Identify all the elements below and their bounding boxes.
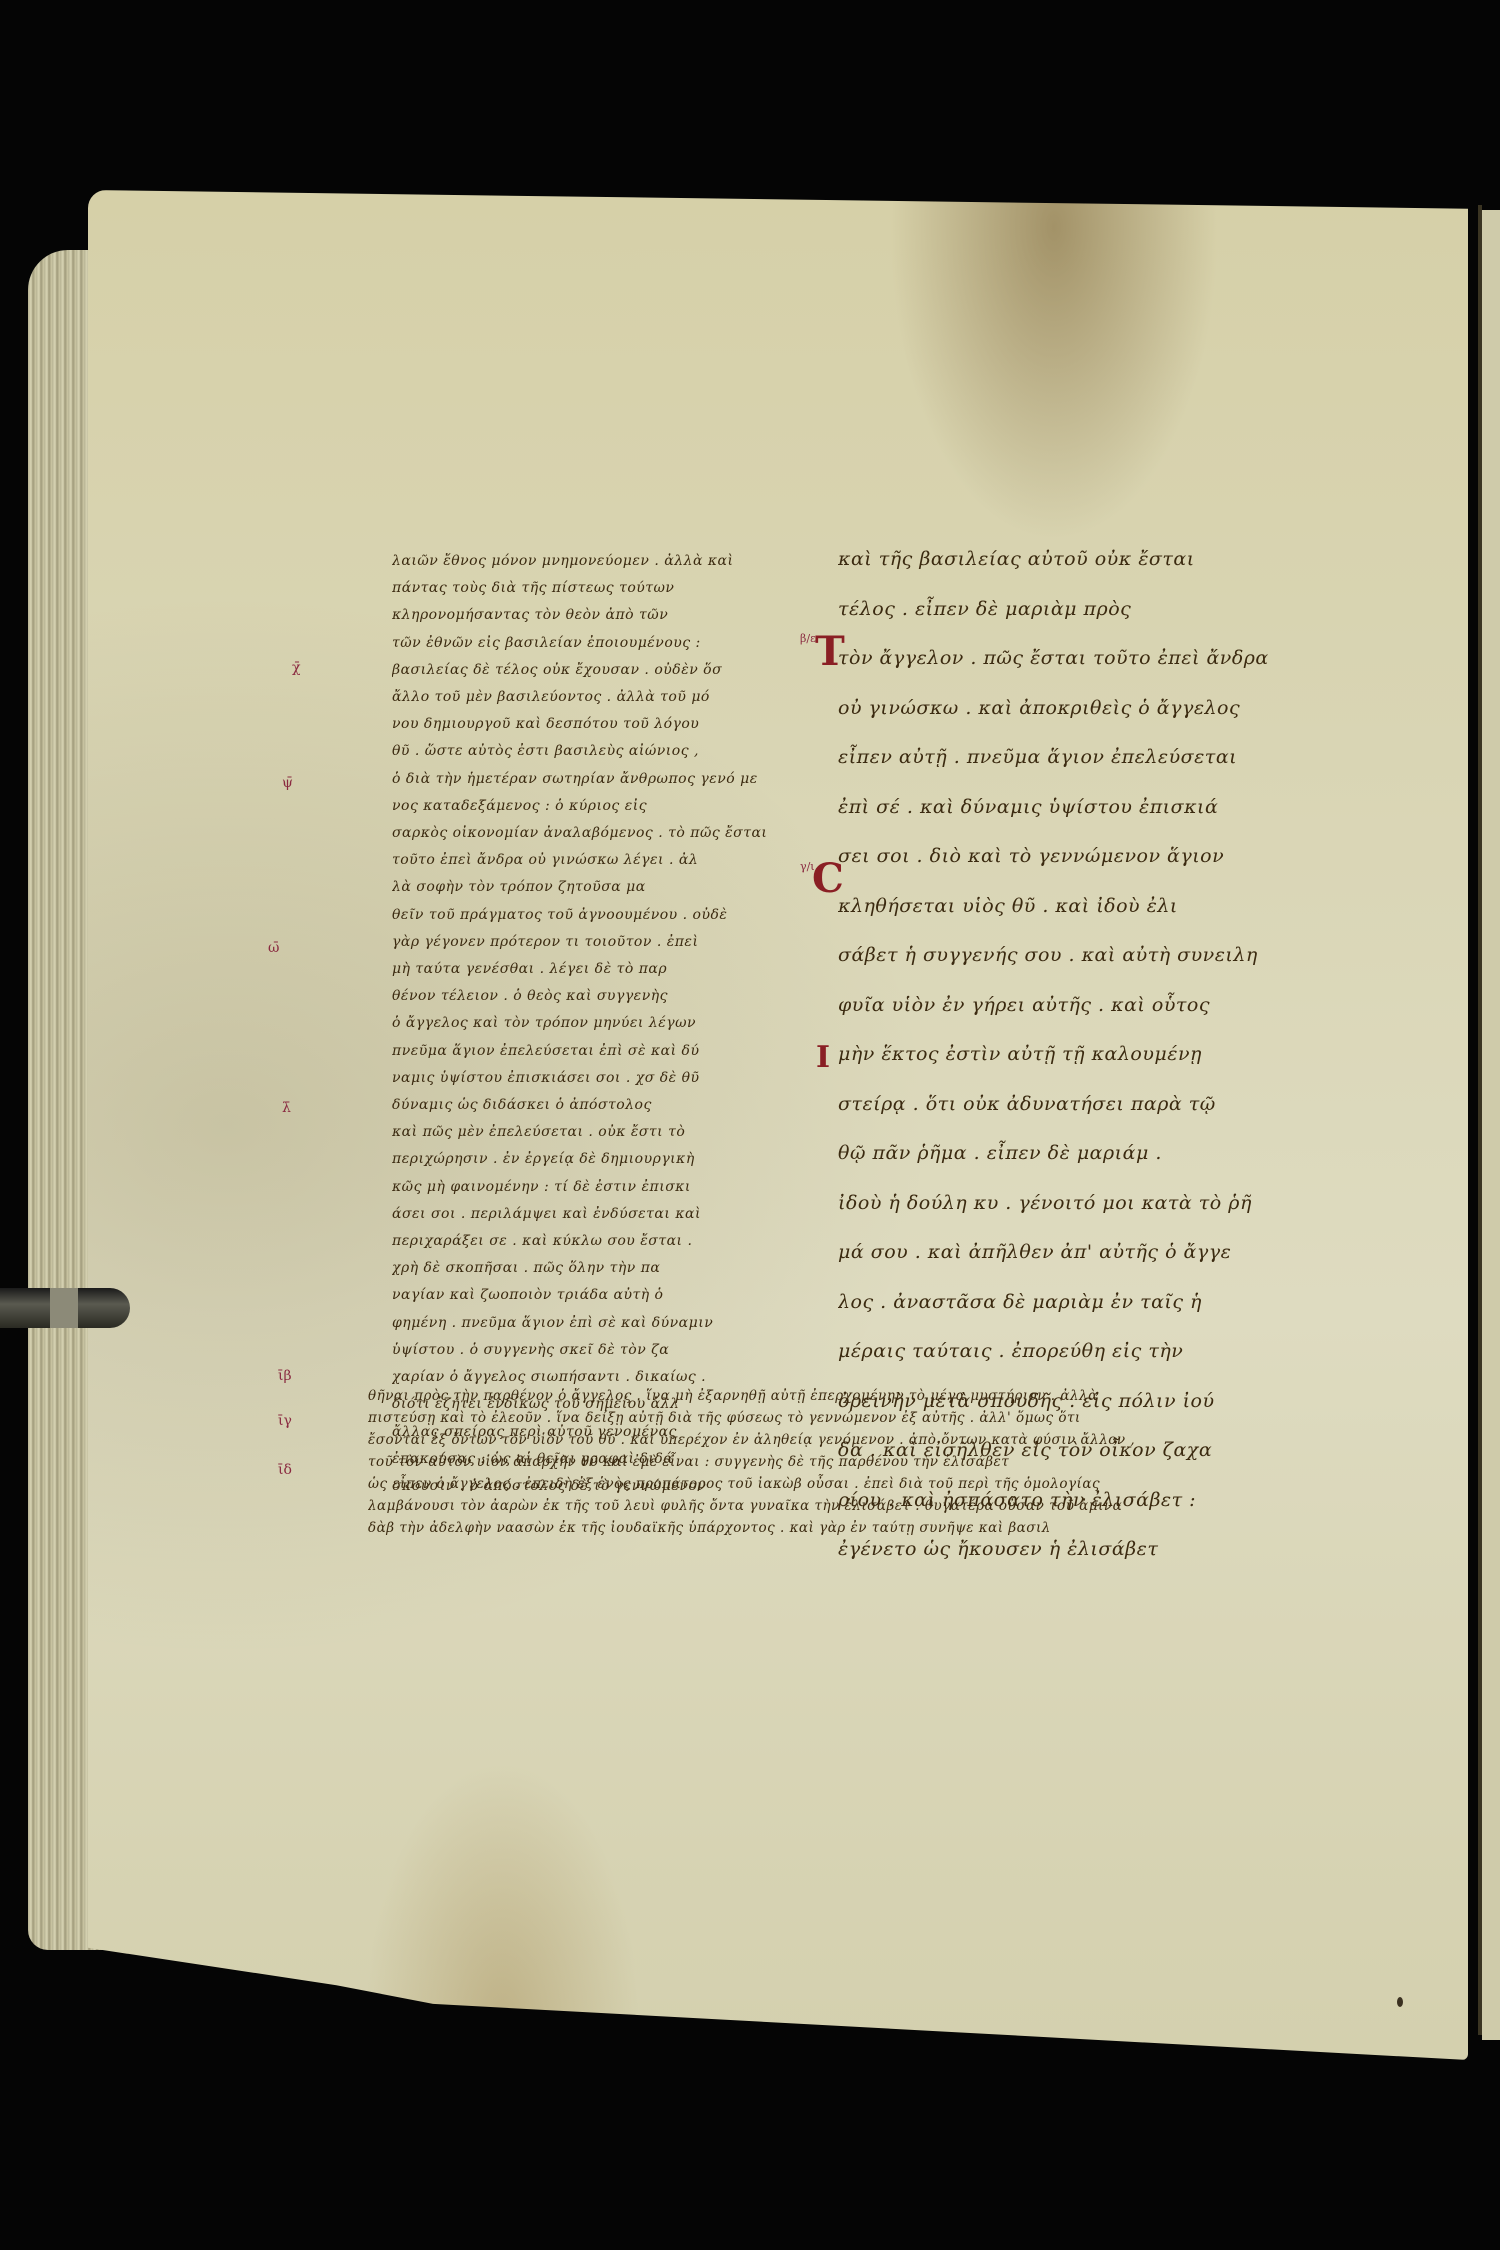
rubricated-initial-sigma: C bbox=[812, 855, 844, 902]
text-line: λὰ σοφὴν τὸν τρόπον ζητοῦσα μα bbox=[392, 874, 792, 901]
text-line: φημένη . πνεῦμα ἅγιον ἐπὶ σὲ καὶ δύναμιν bbox=[392, 1310, 792, 1337]
text-line: δύναμις ὡς διδάσκει ὁ ἀπόστολος bbox=[392, 1092, 792, 1119]
text-line: ναμις ὑψίστου ἐπισκιάσει σοι . χσ δὲ θῦ bbox=[392, 1065, 792, 1092]
text-line: μὴν ἕκτος ἐστὶν αὐτῇ τῇ καλουμένῃ bbox=[838, 1030, 1348, 1080]
text-line: άσει σοι . περιλάμψει καὶ ἐνδύσεται καὶ bbox=[392, 1201, 792, 1228]
text-line: ναγίαν καὶ ζωοποιὸν τριάδα αὐτὴ ὁ bbox=[392, 1282, 792, 1309]
text-line: πνεῦμα ἅγιον ἐπελεύσεται ἐπὶ σὲ καὶ δύ bbox=[392, 1038, 792, 1065]
text-line: θῦ . ὥστε αὐτὸς ἐστι βασιλεὺς αἰώνιος , bbox=[392, 738, 792, 765]
text-line: λαιῶν ἔθνος μόνον μνημονεύομεν . ἀλλὰ κα… bbox=[392, 548, 792, 575]
margin-section-number: ῑγ bbox=[278, 1413, 292, 1429]
text-line: ὁ ἄγγελος καὶ τὸν τρόπον μηνύει λέγων bbox=[392, 1010, 792, 1037]
rubricated-initial-tau: Τ bbox=[815, 628, 845, 675]
text-line: τῶν ἐθνῶν εἰς βασιλείαν ἐποιουμένους : bbox=[392, 630, 792, 657]
text-line: φυῖα υἱὸν ἐν γήρει αὐτῆς . καὶ οὗτος bbox=[838, 981, 1348, 1031]
text-line: μέραις ταύταις . ἐπορεύθη εἰς τὴν bbox=[838, 1327, 1348, 1377]
text-line: κῶς μὴ φαινομένην : τί δὲ ἐστιν ἐπισκι bbox=[392, 1174, 792, 1201]
text-line: λος . ἀναστᾶσα δὲ μαριὰμ ἐν ταῖς ἡ bbox=[838, 1278, 1348, 1328]
margin-section-number: λ̄ bbox=[282, 1100, 291, 1116]
text-line: κληρονομήσαντας τὸν θεὸν ἀπὸ τῶν bbox=[392, 602, 792, 629]
text-line: κληθήσεται υἱὸς θῦ . καὶ ἰδοὺ ἐλι bbox=[838, 882, 1348, 932]
text-line: καὶ τῆς βασιλείας αὐτοῦ οὐκ ἔσται bbox=[838, 535, 1348, 585]
text-line: θένον τέλειον . ὁ θεὸς καὶ συγγενὴς bbox=[392, 983, 792, 1010]
text-line: ἔσονται ἐξ ὄντων τὸν υἱὸν τοῦ θῦ . καὶ ὑ… bbox=[368, 1429, 1378, 1451]
text-line: σάβετ ἡ συγγενής σου . καὶ αὐτὴ συνειλη bbox=[838, 931, 1348, 981]
text-line: μὴ ταύτα γενέσθαι . λέγει δὲ τὸ παρ bbox=[392, 956, 792, 983]
text-line: τοῦτο ἐπεὶ ἄνδρα οὐ γινώσκω λέγει . ἀλ bbox=[392, 847, 792, 874]
text-line: ὡς εἶπεν ὁ ἄγγελος . ἐπειδὴ ἐξ ἑνὸς προπ… bbox=[368, 1473, 1378, 1495]
margin-section-number: ω̄ bbox=[268, 940, 279, 956]
text-line: πάντας τοὺς διὰ τῆς πίστεως τούτων bbox=[392, 575, 792, 602]
margin-section-number: χ̄ bbox=[292, 660, 300, 676]
text-line: ὁ διὰ τὴν ἡμετέραν σωτηρίαν ἄνθρωπος γεν… bbox=[392, 766, 792, 793]
text-line: θῆναι πρὸς τὴν παρθένον ὁ ἄγγελος . ἵνα … bbox=[368, 1385, 1378, 1407]
text-line: μά σου . καὶ ἀπῆλθεν ἀπ' αὐτῆς ὁ ἄγγε bbox=[838, 1228, 1348, 1278]
text-line: πιστεύσῃ καὶ τὸ ἐλεοῦν . ἵνα δείξῃ αὐτῇ … bbox=[368, 1407, 1378, 1429]
text-line: ἰδοὺ ἡ δούλη κυ . γένοιτό μοι κατὰ τὸ ῥῆ bbox=[838, 1179, 1348, 1229]
text-line: στείρᾳ . ὅτι οὐκ ἀδυνατήσει παρὰ τῷ bbox=[838, 1080, 1348, 1130]
text-line: ἄλλο τοῦ μὲν βασιλεύοντος . ἀλλὰ τοῦ μό bbox=[392, 684, 792, 711]
text-line: οὐ γινώσκω . καὶ ἀποκριθεὶς ὁ ἄγγελος bbox=[838, 684, 1348, 734]
text-line: καὶ πῶς μὲν ἐπελεύσεται . οὐκ ἔστι τὸ bbox=[392, 1119, 792, 1146]
text-line: χρὴ δὲ σκοπῆσαι . πῶς ὅλην τὴν πα bbox=[392, 1255, 792, 1282]
text-line: λαμβάνουσι τὸν ἀαρὼν ἐκ τῆς τοῦ λευὶ φυλ… bbox=[368, 1495, 1378, 1517]
left-commentary-column: λαιῶν ἔθνος μόνον μνημονεύομεν . ἀλλὰ κα… bbox=[392, 548, 792, 1500]
text-line: θῷ πᾶν ῥῆμα . εἶπεν δὲ μαριάμ . bbox=[838, 1129, 1348, 1179]
text-line: σαρκὸς οἰκονομίαν ἀναλαβόμενος . τὸ πῶς … bbox=[392, 820, 792, 847]
text-line: γὰρ γέγονεν πρότερον τι τοιοῦτον . ἐπεὶ bbox=[392, 929, 792, 956]
page-weight-clasp bbox=[0, 1288, 130, 1328]
text-line: δὰβ τὴν ἀδελφὴν ναασὼν ἐκ τῆς ἰουδαϊκῆς … bbox=[368, 1517, 1378, 1539]
text-line: σει σοι . διὸ καὶ τὸ γεννώμενον ἅγιον bbox=[838, 832, 1348, 882]
text-line: εἶπεν αὐτῇ . πνεῦμα ἅγιον ἐπελεύσεται bbox=[838, 733, 1348, 783]
text-line: ὑψίστου . ὁ συγγενὴς σκεῖ δὲ τὸν ζα bbox=[392, 1337, 792, 1364]
text-line: ἐπὶ σέ . καὶ δύναμις ὑψίστου ἐπισκιά bbox=[838, 783, 1348, 833]
facing-leaf-edge bbox=[1482, 210, 1500, 2040]
text-line: βασιλείας δὲ τέλος οὐκ ἔχουσαν . οὐδὲν ὅ… bbox=[392, 657, 792, 684]
text-line: περιχαράξει σε . καὶ κύκλω σου ἔσται . bbox=[392, 1228, 792, 1255]
margin-section-number: ψ̄ bbox=[282, 775, 293, 791]
text-line: τοῦ τὸν αὐτὸν υἱὸν ἀπαρχὴν θῦ καὶ ἐμὲ εἶ… bbox=[368, 1451, 1378, 1473]
text-line: περιχώρησιν . ἐν ἐργείᾳ δὲ δημιουργικὴ bbox=[392, 1146, 792, 1173]
eusebian-canon-mark: β/ε bbox=[800, 632, 816, 645]
text-line: τέλος . εἶπεν δὲ μαριὰμ πρὸς bbox=[838, 585, 1348, 635]
bottom-commentary-block: θῆναι πρὸς τὴν παρθένον ὁ ἄγγελος . ἵνα … bbox=[368, 1385, 1378, 1539]
text-line: νος καταδεξάμενος : ὁ κύριος εἰς bbox=[392, 793, 792, 820]
text-line: τὸν ἄγγελον . πῶς ἔσται τοῦτο ἐπεὶ ἄνδρα bbox=[838, 634, 1348, 684]
margin-section-number: ῑβ bbox=[278, 1368, 292, 1384]
parchment-blemish bbox=[1397, 1997, 1403, 2007]
text-line: νου δημιουργοῦ καὶ δεσπότου τοῦ λόγου bbox=[392, 711, 792, 738]
text-line: θεῖν τοῦ πράγματος τοῦ ἀγνοουμένου . οὐδ… bbox=[392, 902, 792, 929]
eusebian-canon-mark: γ/ι bbox=[800, 860, 815, 873]
rubricated-initial-iota: I bbox=[816, 1040, 830, 1075]
margin-section-number: ῑδ bbox=[278, 1462, 292, 1478]
